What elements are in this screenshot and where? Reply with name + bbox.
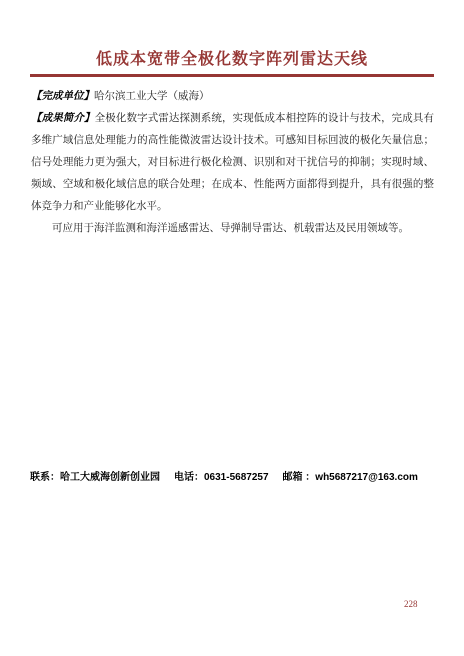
completion-unit-value: 哈尔滨工业大学（威海） bbox=[94, 91, 210, 102]
completion-unit-label: 【完成单位】 bbox=[31, 91, 94, 102]
contact-name: 联系：哈工大威海创新创业园 bbox=[30, 472, 160, 483]
title-divider bbox=[30, 74, 434, 77]
document-page: 低成本宽带全极化数字阵列雷达天线 【完成单位】哈尔滨工业大学（威海） 【成果简介… bbox=[0, 0, 464, 656]
contact-phone: 电话：0631-5687257 bbox=[174, 472, 269, 483]
page-number: 228 bbox=[404, 599, 418, 609]
contact-footer: 联系：哈工大威海创新创业园电话：0631-5687257邮箱 ：wh568721… bbox=[30, 468, 434, 483]
completion-unit-paragraph: 【完成单位】哈尔滨工业大学（威海） bbox=[31, 86, 434, 108]
page-title: 低成本宽带全极化数字阵列雷达天线 bbox=[30, 46, 434, 69]
achievement-intro-paragraph: 【成果简介】全极化数字式雷达探测系统，实现低成本相控阵的设计与技术，完成具有多维… bbox=[31, 108, 434, 218]
achievement-intro-label: 【成果简介】 bbox=[31, 113, 95, 124]
application-paragraph: 可应用于海洋监测和海洋遥感雷达、导弹制导雷达、机载雷达及民用领域等。 bbox=[31, 218, 434, 240]
body-content: 【完成单位】哈尔滨工业大学（威海） 【成果简介】全极化数字式雷达探测系统，实现低… bbox=[31, 86, 434, 240]
contact-email: 邮箱 ：wh5687217@163.com bbox=[283, 472, 418, 483]
achievement-intro-text: 全极化数字式雷达探测系统，实现低成本相控阵的设计与技术，完成具有多维广域信息处理… bbox=[31, 113, 434, 212]
